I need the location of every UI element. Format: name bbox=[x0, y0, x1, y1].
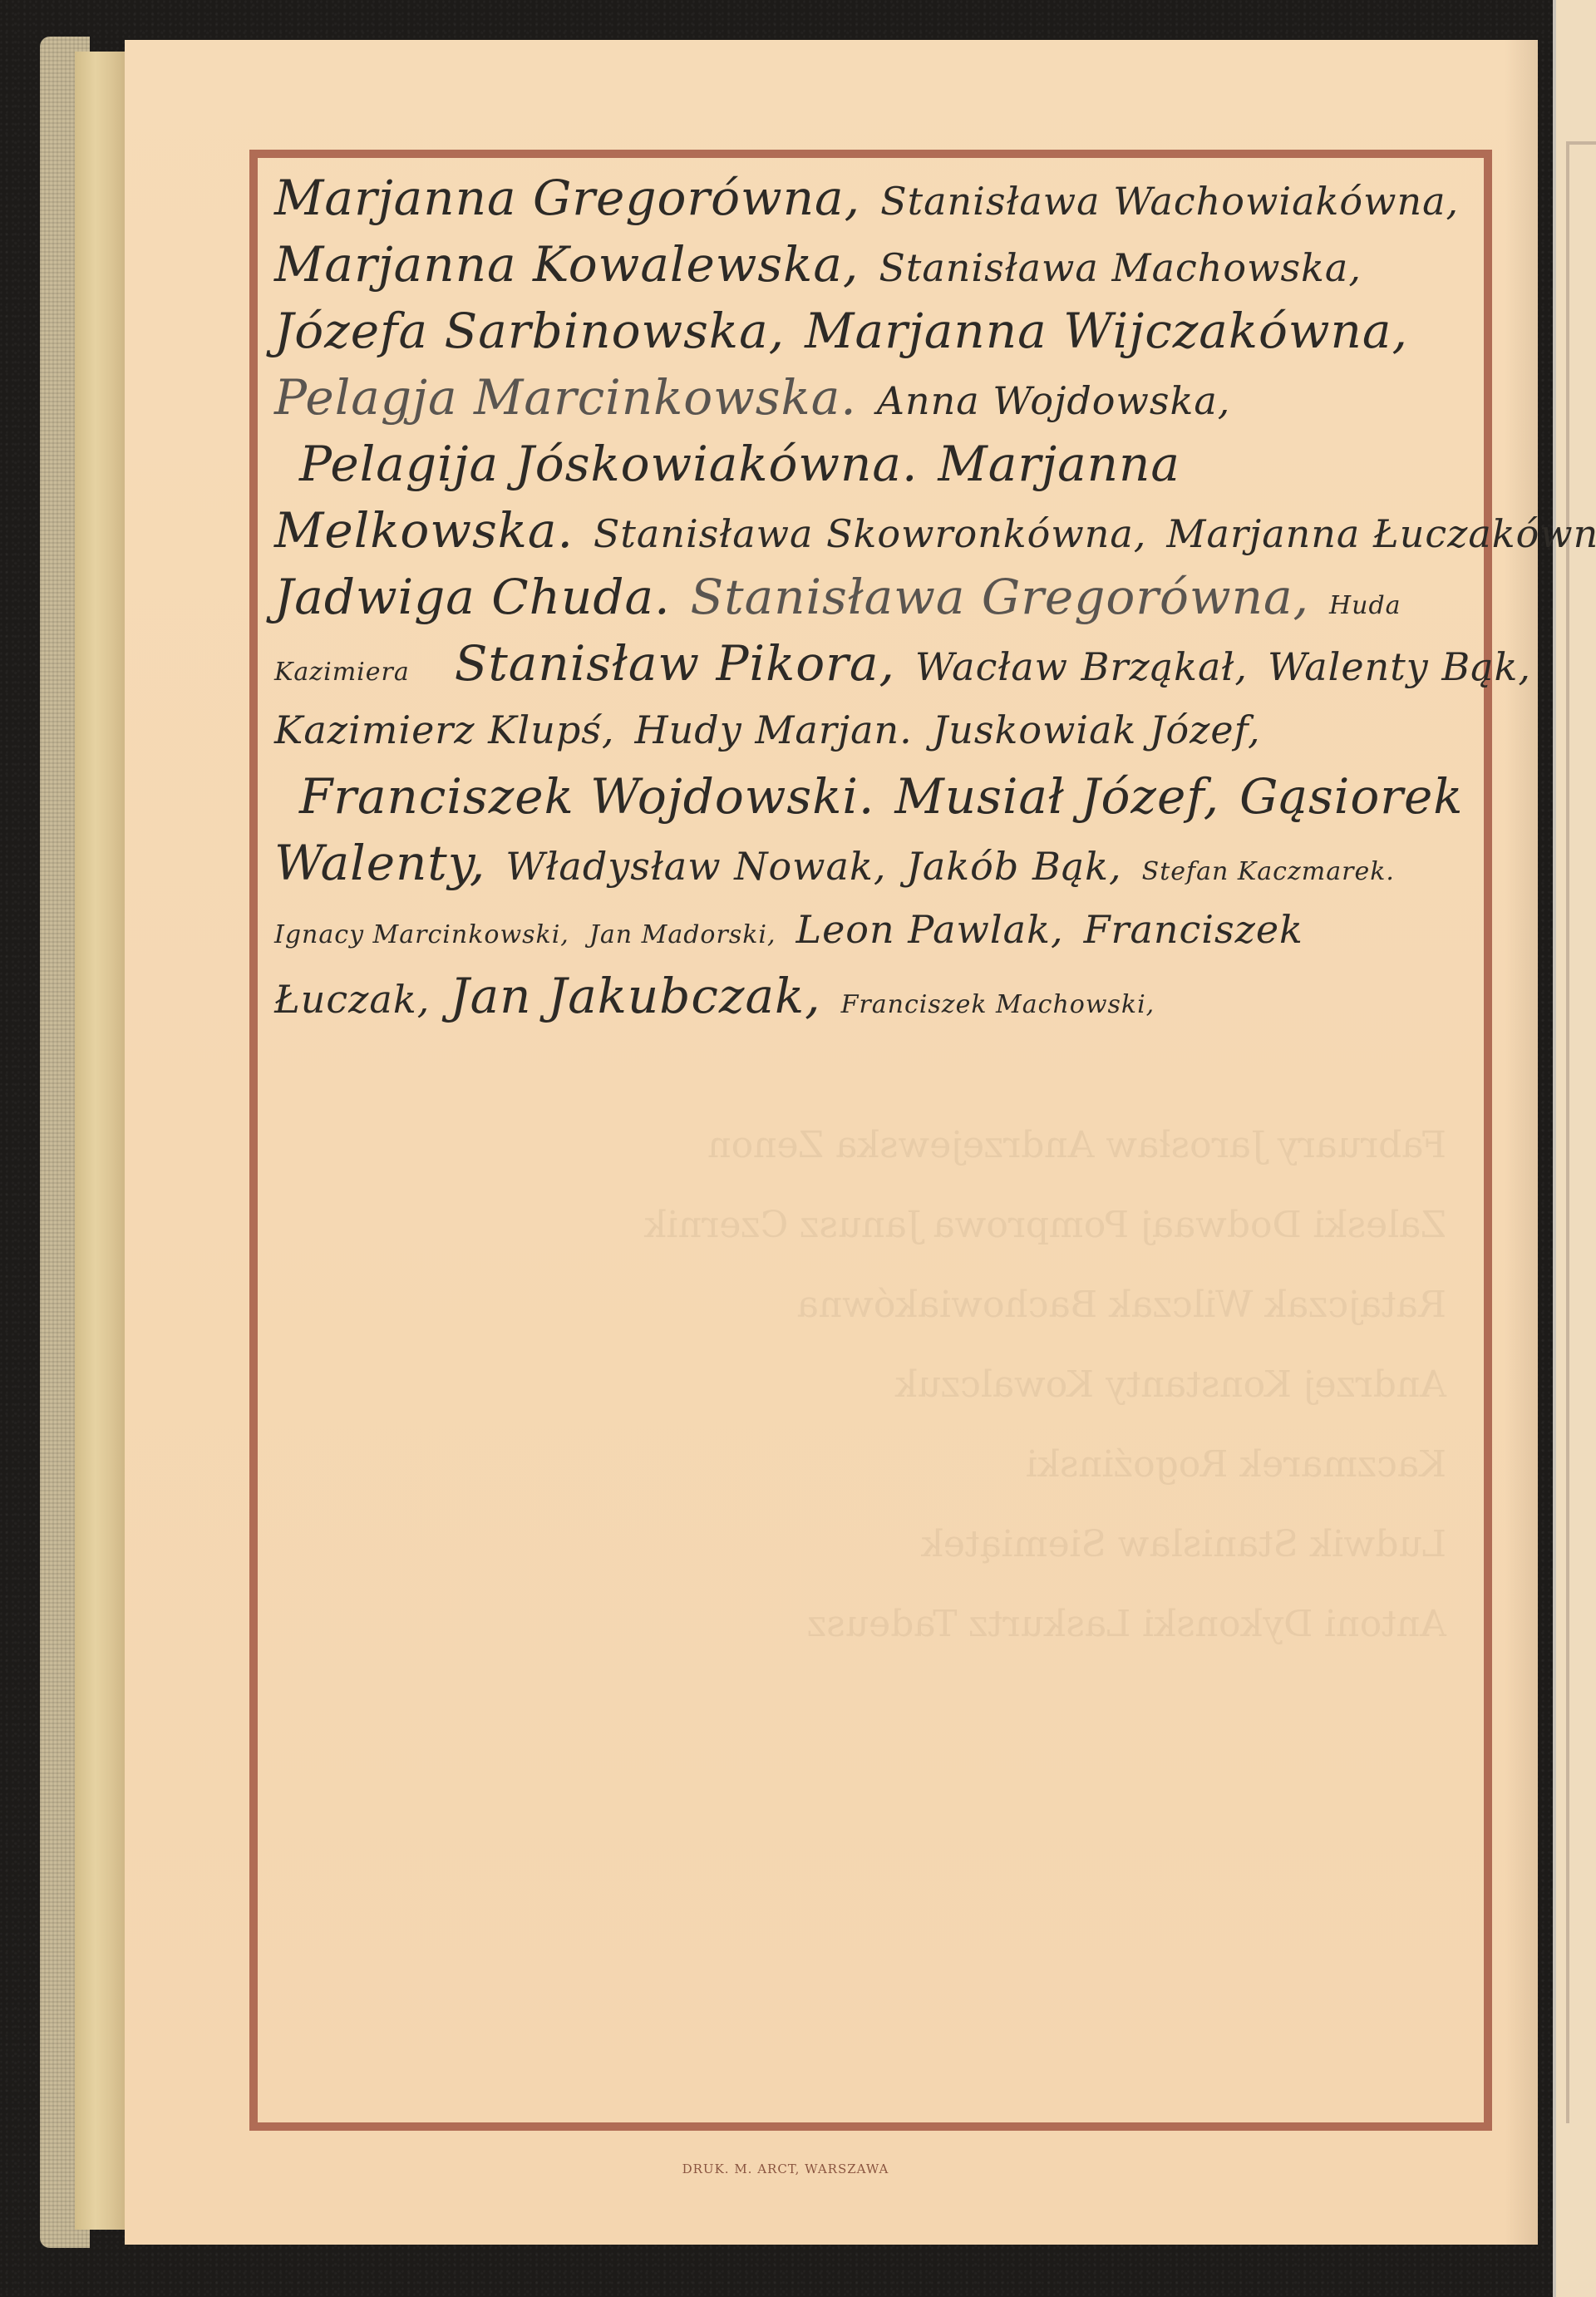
signature: Marjanna Wijczakówna, bbox=[805, 312, 1408, 350]
printer-imprint: DRUK. M. ARCT, WARSZAWA bbox=[0, 2161, 1596, 2176]
signature: Władysław Nowak, bbox=[505, 847, 886, 885]
bleed-line: Zaleski Dodwaaj Pomprowa Janusz Czernik bbox=[283, 1185, 1446, 1265]
signature-line: Walenty, Władysław Nowak, Jakób Bąk, Ste… bbox=[274, 844, 1505, 910]
signature: Stanisława Wachowiakówna, bbox=[880, 182, 1459, 220]
bleed-line: Andrzej Konstanty Kowalczuk bbox=[283, 1345, 1446, 1425]
signature: Franciszek Machowski, bbox=[841, 986, 1155, 1024]
signature: Józefa Sarbinowska, bbox=[274, 312, 785, 350]
signature: Ignacy Marcinkowski, bbox=[274, 916, 569, 954]
bleed-line: Ludwik Stanislaw Siemiątek bbox=[283, 1505, 1446, 1585]
signature: Stefan Kaczmarek. bbox=[1142, 853, 1395, 891]
signature-line: Melkowska. Stanisława Skowronkówna, Marj… bbox=[274, 511, 1505, 578]
signature-line: Józefa Sarbinowska, Marjanna Wijczakówna… bbox=[274, 312, 1505, 378]
signature: Huda bbox=[1329, 587, 1401, 625]
signature-line: Jadwiga Chuda. Stanisława Gregorówna, Hu… bbox=[274, 578, 1505, 644]
signature: Jakób Bąk, bbox=[906, 847, 1121, 885]
bleed-line: Kaczmarek Rogoźinski bbox=[283, 1425, 1446, 1505]
signature: Melkowska. bbox=[274, 511, 574, 550]
bleed-through-text: Fabruary Jarosław Andrzejewska Zenon Zal… bbox=[283, 1106, 1446, 1664]
signature: Stanisława Machowska, bbox=[879, 249, 1362, 287]
signature: Jan Jakubczak, bbox=[450, 977, 820, 1015]
signature: Jan Madorski, bbox=[589, 916, 776, 954]
signature: Wacław Brząkał, bbox=[915, 648, 1248, 686]
signature: Anna Wojdowska, bbox=[877, 382, 1231, 420]
signature-line: Pelagija Jóskowiakówna. Marjanna bbox=[274, 445, 1505, 511]
bleed-line: Ratajczak Wilczak Bachowiakówna bbox=[283, 1265, 1446, 1345]
signature: Juskowiak Józef, bbox=[933, 711, 1261, 749]
imprint-text: DRUK. M. ARCT, WARSZAWA bbox=[682, 2161, 889, 2176]
signature: Łuczak, bbox=[274, 980, 430, 1018]
signature: Walenty, bbox=[274, 844, 485, 882]
signature: Franciszek Wojdowski. bbox=[299, 777, 874, 816]
signature: Kazimiera bbox=[274, 653, 410, 692]
signature: Walenty Bąk, bbox=[1268, 648, 1531, 686]
bleed-line: Antoni Dykonski Laskurtz Tadeusz bbox=[283, 1585, 1446, 1664]
signature: Kazimierz Klupś, bbox=[274, 711, 615, 749]
handwritten-signatures: Marjanna Gregorówna, Stanisława Wachowia… bbox=[274, 179, 1505, 1043]
gutter-shadow bbox=[1505, 40, 1538, 2245]
signature: Jadwiga Chuda. bbox=[274, 578, 671, 616]
signature: Marjanna Kowalewska, bbox=[274, 245, 859, 283]
signature: Franciszek bbox=[1084, 910, 1303, 949]
signature: Stanisława Skowronkówna, bbox=[594, 515, 1147, 553]
signature: Stanisław Pikora, bbox=[455, 644, 895, 683]
signature: Musiał Józef, bbox=[894, 777, 1219, 816]
signature-line: Kazimierz Klupś, Hudy Marjan. Juskowiak … bbox=[274, 711, 1505, 777]
facing-page-frame bbox=[1566, 141, 1596, 2123]
signature: Pelagja Marcinkowska. bbox=[274, 378, 857, 417]
signature-line: Ignacy Marcinkowski, Jan Madorski, Leon … bbox=[274, 910, 1505, 977]
signature: Hudy Marjan. bbox=[635, 711, 913, 749]
page-block-edges bbox=[75, 52, 126, 2230]
signature-line: Łuczak, Jan Jakubczak, Franciszek Machow… bbox=[274, 977, 1505, 1043]
signature: Marjanna Łuczakówna. bbox=[1166, 515, 1596, 553]
bleed-line: Fabruary Jarosław Andrzejewska Zenon bbox=[283, 1106, 1446, 1185]
signature-line: Pelagja Marcinkowska. Anna Wojdowska, bbox=[274, 378, 1505, 445]
signature: Marjanna Gregorówna, bbox=[274, 179, 860, 217]
signature-line: Marjanna Gregorówna, Stanisława Wachowia… bbox=[274, 179, 1505, 245]
signature: Marjanna bbox=[938, 445, 1180, 483]
signature: Stanisława Gregorówna, bbox=[691, 578, 1309, 616]
signature: Pelagija Jóskowiakówna. bbox=[299, 445, 918, 483]
signature-line: Marjanna Kowalewska, Stanisława Machowsk… bbox=[274, 245, 1505, 312]
signature-line: Kazimiera Stanisław Pikora, Wacław Brząk… bbox=[274, 644, 1505, 711]
facing-page-edge bbox=[1553, 0, 1596, 2297]
signature: Gąsiorek bbox=[1239, 777, 1463, 816]
signature: Leon Pawlak, bbox=[796, 910, 1064, 949]
signature-line: Franciszek Wojdowski. Musiał Józef, Gąsi… bbox=[274, 777, 1505, 844]
